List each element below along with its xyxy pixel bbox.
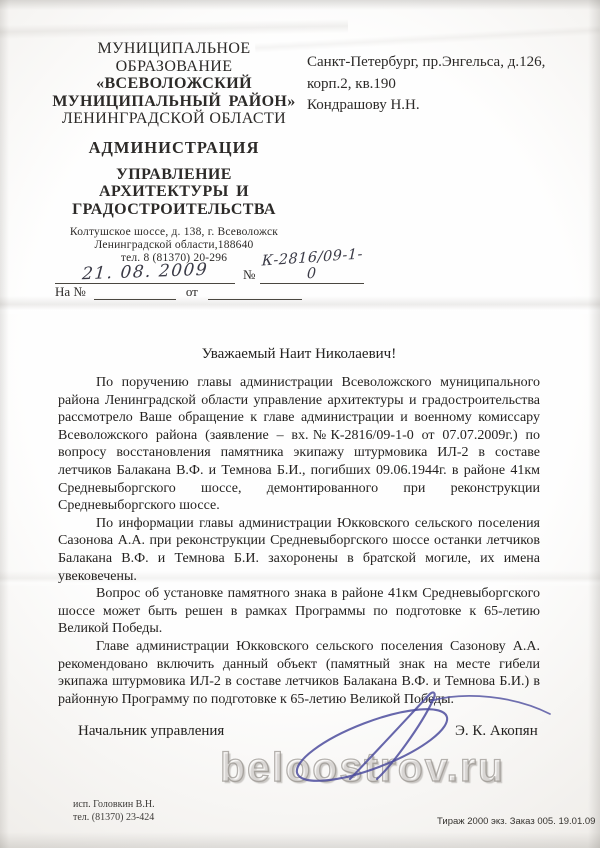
recipient-name: Кондрашову Н.Н. <box>307 95 545 117</box>
department-line: АРХИТЕКТУРЫ И <box>48 183 300 201</box>
scanned-letter-page: МУНИЦИПАЛЬНОЕ ОБРАЗОВАНИЕ «ВСЕВОЛОЖСКИЙ … <box>0 0 600 848</box>
department-line: ГРАДОСТРОИТЕЛЬСТВА <box>48 201 300 219</box>
handwritten-date: 21. 08. 2009 <box>81 260 209 285</box>
handwritten-ref-number: К-2816/09-1-0 <box>260 246 365 286</box>
body-paragraph: По информации главы администрации Юкковс… <box>58 515 540 585</box>
org-name-line: ЛЕНИНГРАДСКОЙ ОБЛАСТИ <box>48 110 300 128</box>
org-name-line: МУНИЦИПАЛЬНОЕ <box>48 40 300 58</box>
paper-edge-shadow <box>0 832 600 848</box>
executor-name: исп. Головкин В.Н. <box>73 799 155 812</box>
date-underline: 21. 08. 2009 <box>55 262 235 284</box>
signer-position: Начальник управления <box>78 723 224 740</box>
body-paragraph: По поручению главы администрации Всеволо… <box>58 374 540 515</box>
reply-number-blank <box>94 285 176 300</box>
recipient-address-line: корп.2, кв.190 <box>307 74 545 96</box>
recipient-address-line: Санкт-Петербург, пр.Энгельса, д.126, <box>307 52 545 74</box>
department-line: УПРАВЛЕНИЕ <box>48 166 300 184</box>
reply-to-label: На № <box>55 284 86 300</box>
org-name-line: ОБРАЗОВАНИЕ <box>48 58 300 76</box>
executor-phone: тел. (81370) 23-424 <box>73 812 155 825</box>
executor-block: исп. Головкин В.Н. тел. (81370) 23-424 <box>73 799 155 824</box>
paper-fold-crease <box>255 25 600 53</box>
print-run-info: Тираж 2000 экз. Заказ 005. 19.01.09 <box>437 816 595 827</box>
letter-body: По поручению главы администрации Всеволо… <box>58 374 540 708</box>
outgoing-reference-row: 21. 08. 2009 № К-2816/09-1-0 <box>55 250 364 284</box>
number-underline: К-2816/09-1-0 <box>260 250 364 284</box>
letterhead-address-line: Колтушское шоссе, д. 138, г. Всеволожск <box>48 226 300 239</box>
recipient-address-block: Санкт-Петербург, пр.Энгельса, д.126, кор… <box>307 52 545 117</box>
paper-edge-shadow <box>0 0 600 10</box>
paper-fold-crease <box>0 19 348 39</box>
number-sign-label: № <box>243 267 255 283</box>
from-date-blank <box>208 285 302 300</box>
body-paragraph: Вопрос об установке памятного знака в ра… <box>58 585 540 638</box>
from-date-label: от <box>186 284 198 300</box>
org-name-line: «ВСЕВОЛОЖСКИЙ <box>48 75 300 93</box>
org-name-line: МУНИЦИПАЛЬНЫЙ РАЙОН» <box>48 93 300 111</box>
paper-edge-shadow <box>0 0 9 848</box>
letterhead: МУНИЦИПАЛЬНОЕ ОБРАЗОВАНИЕ «ВСЕВОЛОЖСКИЙ … <box>48 40 300 265</box>
administration-title: АДМИНИСТРАЦИЯ <box>48 139 300 157</box>
reply-reference-row: На № от <box>55 284 302 300</box>
handwritten-signature <box>280 683 570 798</box>
salutation: Уважаемый Наит Николаевич! <box>58 346 540 363</box>
paper-edge-shadow <box>588 0 600 848</box>
